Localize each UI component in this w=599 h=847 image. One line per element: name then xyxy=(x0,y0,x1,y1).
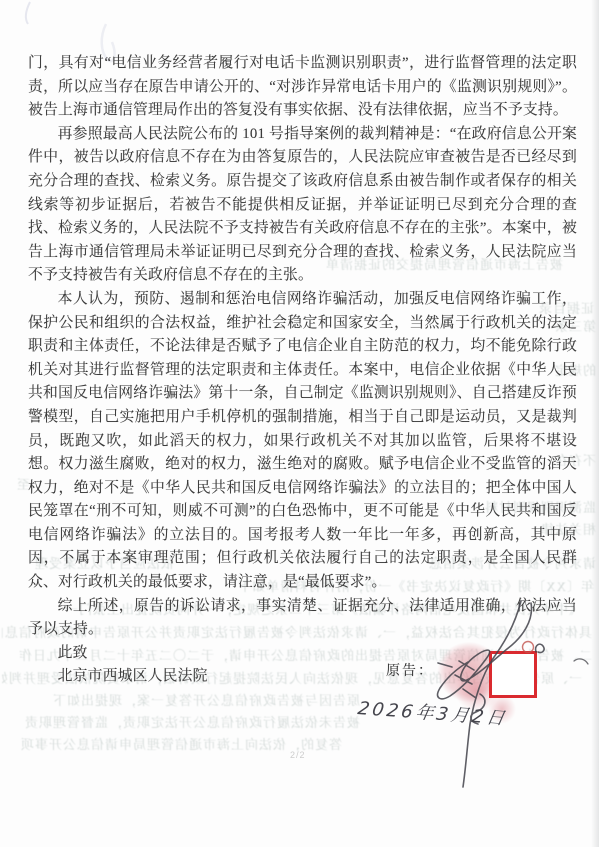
scan-edge-shadow xyxy=(591,0,599,847)
bleedthrough-line: 被告未依法履行政府信息公开法定职责，监督管理职责 xyxy=(2,712,360,731)
plaintiff-label: 原告： xyxy=(386,660,434,680)
redaction-box xyxy=(489,651,537,698)
paragraph: 再参照最高人民法院公布的 101 号指导案例的裁判精神是：“在政府信息公开案件中… xyxy=(28,123,577,288)
bleedthrough-line: 原告因与被告政府信息公开答复一案，现提出如下 xyxy=(18,690,360,709)
document-body: 门，具有对“电信业务经营者履行对电话卡监测识别职责”，进行监督管理的法定职责，所… xyxy=(28,52,577,689)
paragraph: 综上所述，原告的诉讼请求，事实清楚、证据充分、法律适用准确，依法应当予以支持。 xyxy=(28,595,577,642)
page-number: 2/2 xyxy=(290,750,306,760)
bleedthrough-line: 至 xyxy=(0,474,30,493)
paragraph: 本人认为，预防、遏制和惩治电信网络诈骗活动，加强反电信网络诈骗工作，保护公民和组… xyxy=(28,288,577,595)
paragraph: 门，具有对“电信业务经营者履行对电话卡监测识别职责”，进行监督管理的法定职责，所… xyxy=(28,52,577,123)
scanned-document-page: 被告上海市通信管理局提交的证据清单 证据目录 第三条 的规定 不存在 至 监测识… xyxy=(0,0,599,847)
